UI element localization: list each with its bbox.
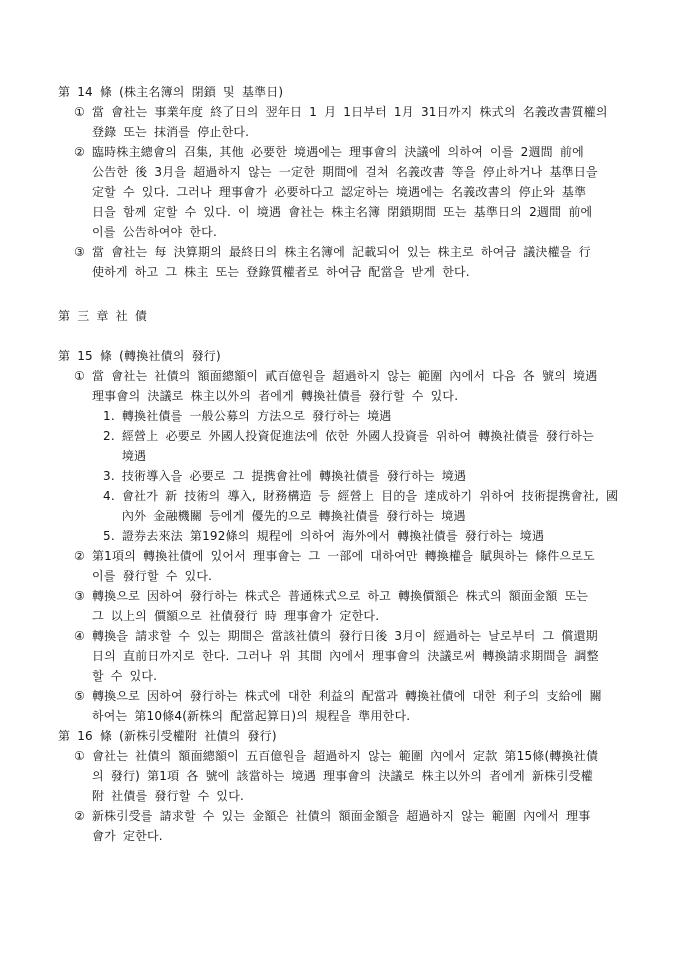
clause-lines: 第1項의 轉換社債에 있어서 理事會는 그 一部에 대하여만 轉換權을 賦與하는… (92, 546, 640, 586)
text-line: 證券去來法 第192條의 規程에 의하여 海外에서 轉換社債를 發行하는 境遇 (122, 526, 640, 546)
article-heading: 第 14 條 (株主名簿의 閉鎖 및 基準日) (58, 82, 640, 102)
text-line: 當 會社는 事業年度 終了日의 翌年日 1 月 1日부터 1月 31日까지 株式… (92, 102, 640, 122)
clause-paragraph: ①當 會社는 社債의 額面總額이 貳百億원을 超過하지 않는 範圍 內에서 다음… (74, 366, 640, 406)
numbered-item: 5.證券去來法 第192條의 規程에 의하여 海外에서 轉換社債를 發行하는 境… (103, 526, 640, 546)
text-line: 境遇 (122, 446, 640, 466)
clause-paragraph: ①當 會社는 事業年度 終了日의 翌年日 1 月 1日부터 1月 31日까지 株… (74, 102, 640, 142)
text-line: 會가 定한다. (92, 826, 640, 846)
text-line: 轉換으로 因하여 發行하는 株式에 대한 利益의 配當과 轉換社債에 대한 利子… (92, 686, 640, 706)
clause-lines: 臨時株主總會의 召集, 其他 必要한 境遇에는 理事會의 決議에 의하여 이를 … (92, 142, 640, 242)
clause-marker: ① (74, 366, 92, 406)
text-line: 臨時株主總會의 召集, 其他 必要한 境遇에는 理事會의 決議에 의하여 이를 … (92, 142, 640, 162)
clause-lines: 轉換으로 因하여 發行하는 株式에 대한 利益의 配當과 轉換社債에 대한 利子… (92, 686, 640, 726)
clause-paragraph: ②第1項의 轉換社債에 있어서 理事會는 그 一部에 대하여만 轉換權을 賦與하… (74, 546, 640, 586)
numbered-item: 3.技術導入을 必要로 그 提携會社에 轉換社債를 發行하는 境遇 (103, 466, 640, 486)
text-line: 經營上 必要로 外國人投資促進法에 依한 外國人投資를 위하여 轉換社債를 發行… (122, 426, 640, 446)
text-line: 新株引受를 請求할 수 있는 金額은 社債의 額面金額을 超過하지 않는 範圍 … (92, 806, 640, 826)
clause-marker: ③ (74, 586, 92, 626)
text-line: 하여는 第10條4(新株의 配當起算日)의 規程을 準用한다. (92, 706, 640, 726)
clause-lines: 轉換으로 因하여 發行하는 株式은 普通株式으로 하고 轉換價額은 株式의 額面… (92, 586, 640, 626)
clause-marker: ① (74, 102, 92, 142)
item-number: 2. (103, 426, 122, 466)
clause-marker: ② (74, 546, 92, 586)
article-heading: 第 16 條 (新株引受權附 社債의 發行) (58, 726, 640, 746)
text-line: 會社가 新 技術의 導入, 財務構造 등 經營上 目的을 達成하기 위하여 技術… (122, 486, 640, 506)
text-line: 할 수 있다. (92, 666, 640, 686)
item-number: 3. (103, 466, 122, 486)
clause-marker: ② (74, 806, 92, 846)
numbered-item: 2.經營上 必要로 外國人投資促進法에 依한 外國人投資를 위하여 轉換社債를 … (103, 426, 640, 466)
text-line: 이를 公告하여야 한다. (92, 222, 640, 242)
text-line: 當 會社는 每 決算期의 最終日의 株主名簿에 記載되어 있는 株主로 하여금 … (92, 242, 640, 262)
clause-lines: 經營上 必要로 外國人投資促進法에 依한 外國人投資를 위하여 轉換社債를 發行… (122, 426, 640, 466)
clause-paragraph: ①會社는 社債의 額面總額이 五百億원을 超過하지 않는 範圍 內에서 定款 第… (74, 746, 640, 806)
item-number: 1. (103, 406, 122, 426)
clause-marker: ⑤ (74, 686, 92, 726)
clause-paragraph: ③當 會社는 每 決算期의 最終日의 株主名簿에 記載되어 있는 株主로 하여금… (74, 242, 640, 282)
clause-marker: ① (74, 746, 92, 806)
text-line: 登錄 또는 抹消를 停止한다. (92, 122, 640, 142)
clause-paragraph: ④轉換을 請求할 수 있는 期間은 當該社債의 發行日後 3月이 經過하는 날로… (74, 626, 640, 686)
text-line: 當 會社는 社債의 額面總額이 貳百億원을 超過하지 않는 範圍 內에서 다음 … (92, 366, 640, 386)
item-number: 5. (103, 526, 122, 546)
text-line: 第1項의 轉換社債에 있어서 理事會는 그 一部에 대하여만 轉換權을 賦與하는… (92, 546, 640, 566)
numbered-item: 1.轉換社債를 一般公募의 方法으로 發行하는 境遇 (103, 406, 640, 426)
clause-paragraph: ②臨時株主總會의 召集, 其他 必要한 境遇에는 理事會의 決議에 의하여 이를… (74, 142, 640, 242)
text-line: 會社는 社債의 額面總額이 五百億원을 超過하지 않는 範圍 內에서 定款 第1… (92, 746, 640, 766)
clause-lines: 會社가 新 技術의 導入, 財務構造 등 經營上 目的을 達成하기 위하여 技術… (122, 486, 640, 526)
clause-marker: ④ (74, 626, 92, 686)
clause-lines: 技術導入을 必要로 그 提携會社에 轉換社債를 發行하는 境遇 (122, 466, 640, 486)
text-line: 附 社債를 發行할 수 있다. (92, 786, 640, 806)
text-line: 의 發行) 第1項 各 號에 該當하는 境遇 理事會의 決議로 株主以外의 者에… (92, 766, 640, 786)
text-line: 公告한 後 3月을 超過하지 않는 一定한 期間에 걸쳐 名義改書 等을 停止하… (92, 162, 640, 182)
document-page: 第 14 條 (株主名簿의 閉鎖 및 基準日)①當 會社는 事業年度 終了日의 … (0, 0, 680, 962)
clause-marker: ② (74, 142, 92, 242)
text-line: 定할 수 있다. 그러나 理事會가 必要하다고 認定하는 境遇에는 名義改書의 … (92, 182, 640, 202)
clause-marker: ③ (74, 242, 92, 282)
clause-lines: 會社는 社債의 額面總額이 五百億원을 超過하지 않는 範圍 內에서 定款 第1… (92, 746, 640, 806)
text-line: 이를 發行할 수 있다. (92, 566, 640, 586)
clause-lines: 當 會社는 社債의 額面總額이 貳百億원을 超過하지 않는 範圍 內에서 다음 … (92, 366, 640, 406)
clause-paragraph: ③轉換으로 因하여 發行하는 株式은 普通株式으로 하고 轉換價額은 株式의 額… (74, 586, 640, 626)
text-line: 그 以上의 價額으로 社債發行 時 理事會가 定한다. (92, 606, 640, 626)
text-line: 使하게 하고 그 株主 또는 登錄質權者로 하여금 配當을 받게 한다. (92, 262, 640, 282)
clause-paragraph: ⑤轉換으로 因하여 發行하는 株式에 대한 利益의 配當과 轉換社債에 대한 利… (74, 686, 640, 726)
text-line: 日의 直前日까지로 한다. 그러나 위 其間 內에서 理事會의 決議로써 轉換請… (92, 646, 640, 666)
clause-lines: 新株引受를 請求할 수 있는 金額은 社債의 額面金額을 超過하지 않는 範圍 … (92, 806, 640, 846)
article-heading: 第 15 條 (轉換社債의 發行) (58, 346, 640, 366)
text-line: 技術導入을 必要로 그 提携會社에 轉換社債를 發行하는 境遇 (122, 466, 640, 486)
text-line: 轉換으로 因하여 發行하는 株式은 普通株式으로 하고 轉換價額은 株式의 額面… (92, 586, 640, 606)
clause-lines: 轉換을 請求할 수 있는 期間은 當該社債의 發行日後 3月이 經過하는 날로부… (92, 626, 640, 686)
text-line: 轉換社債를 一般公募의 方法으로 發行하는 境遇 (122, 406, 640, 426)
text-line: 日을 함께 定할 수 있다. 이 境遇 會社는 株主名簿 閉鎖期間 또는 基準日… (92, 202, 640, 222)
item-number: 4. (103, 486, 122, 526)
clause-lines: 證券去來法 第192條의 規程에 의하여 海外에서 轉換社債를 發行하는 境遇 (122, 526, 640, 546)
clause-lines: 當 會社는 事業年度 終了日의 翌年日 1 月 1日부터 1月 31日까지 株式… (92, 102, 640, 142)
chapter-heading: 第 三 章 社 債 (58, 306, 640, 326)
clause-paragraph: ②新株引受를 請求할 수 있는 金額은 社債의 額面金額을 超過하지 않는 範圍… (74, 806, 640, 846)
text-line: 理事會의 決議로 株主以外의 者에게 轉換社債를 發行할 수 있다. (92, 386, 640, 406)
numbered-item: 4.會社가 新 技術의 導入, 財務構造 등 經營上 目的을 達成하기 위하여 … (103, 486, 640, 526)
text-line: 轉換을 請求할 수 있는 期間은 當該社債의 發行日後 3月이 經過하는 날로부… (92, 626, 640, 646)
clause-lines: 當 會社는 每 決算期의 最終日의 株主名簿에 記載되어 있는 株主로 하여금 … (92, 242, 640, 282)
clause-lines: 轉換社債를 一般公募의 方法으로 發行하는 境遇 (122, 406, 640, 426)
document-body: 第 14 條 (株主名簿의 閉鎖 및 基準日)①當 會社는 事業年度 終了日의 … (58, 82, 640, 846)
text-line: 內外 金融機關 등에게 優先的으로 轉換社債를 發行하는 境遇 (122, 506, 640, 526)
